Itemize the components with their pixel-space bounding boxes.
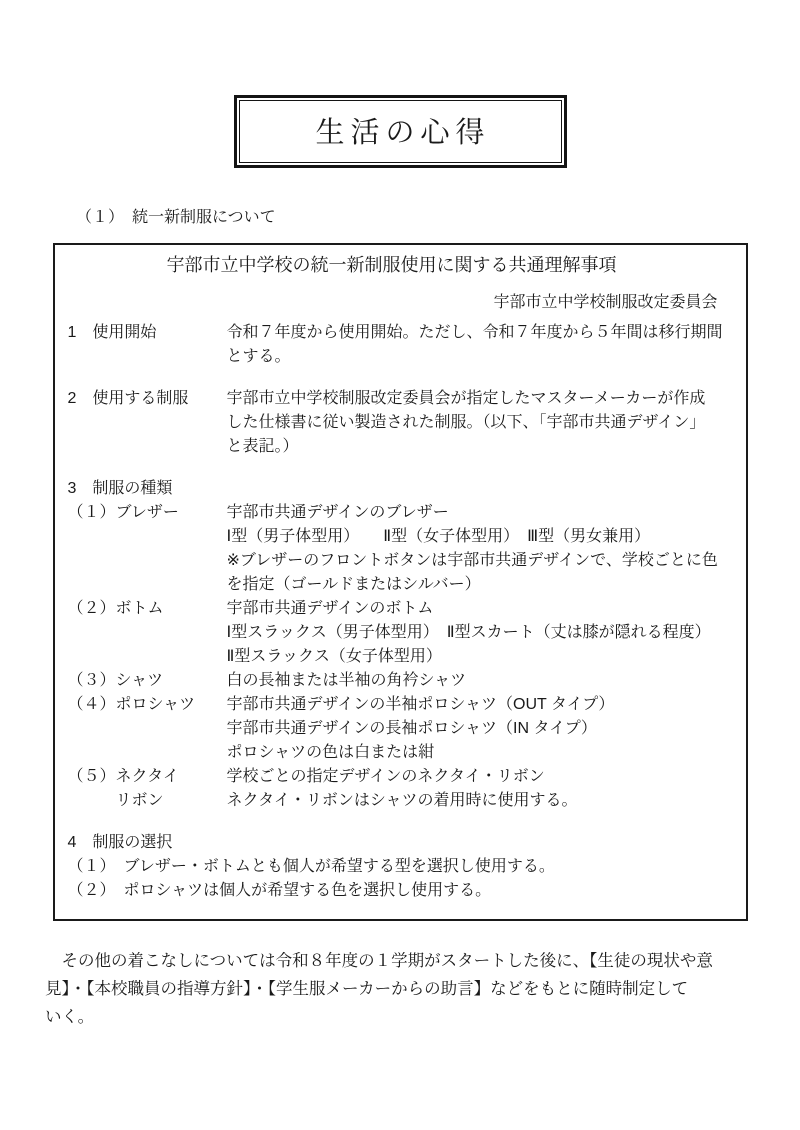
description-line: 白の長袖または半袖の角衿シャツ — [227, 669, 746, 693]
description-line: を指定（ゴールドまたはシルバー） — [227, 573, 746, 597]
label-line: （３）シャツ — [68, 669, 227, 693]
document-page: 生活の心得 （１） 統一新制服について 宇部市立中学校の統一新制服使用に関する共… — [0, 0, 800, 1130]
description-line: ポロシャツの色は白または紺 — [227, 741, 746, 765]
label-line: （５）ネクタイ — [68, 765, 227, 789]
closing-line: その他の着こなしについては令和８年度の１学期がスタートした後に、【生徒の現状や意 — [45, 947, 756, 975]
description-line: した仕様書に従い製造された制服。（以下、「宇部市共通デザイン」 — [227, 411, 746, 435]
description-line: 宇部市共通デザインの長袖ポロシャツ（IN タイプ） — [227, 717, 746, 741]
item-label: 1 使用開始 — [68, 321, 227, 369]
description-line: 宇部市共通デザインのボトム — [227, 597, 746, 621]
item-description: 学校ごとの指定デザインのネクタイ・リボンネクタイ・リボンはシャツの着用時に使用す… — [227, 765, 746, 813]
label-line: 2 使用する制服 — [68, 387, 227, 411]
item-label: （１）ブレザー — [68, 501, 227, 597]
label-line: （４）ポロシャツ — [68, 693, 227, 717]
description-line: 令和７年度から使用開始。ただし、令和７年度から５年間は移行期間 — [227, 321, 746, 345]
agreement-fullwidth-row: 3 制服の種類 — [68, 477, 746, 501]
item-description: 宇部市共通デザインのボトムⅠ型スラックス（男子体型用） Ⅱ型スカート（丈は膝が隠… — [227, 597, 746, 669]
title-banner: 生活の心得 — [234, 95, 567, 168]
label-line: リボン — [68, 789, 227, 813]
agreement-item-row: （５）ネクタイ リボン学校ごとの指定デザインのネクタイ・リボンネクタイ・リボンは… — [68, 765, 746, 813]
agreement-item-row: （３）シャツ白の長袖または半袖の角衿シャツ — [68, 669, 746, 693]
agreement-fullwidth-row: （１） ブレザー・ボトムとも個人が希望する型を選択し使用する。 — [68, 855, 746, 879]
item-description: 宇部市共通デザインの半袖ポロシャツ（OUT タイプ）宇部市共通デザインの長袖ポロ… — [227, 693, 746, 765]
agreement-item-row: （１）ブレザー宇部市共通デザインのブレザーⅠ型（男子体型用） Ⅱ型（女子体型用）… — [68, 501, 746, 597]
item-label: 2 使用する制服 — [68, 387, 227, 459]
label-line: （１）ブレザー — [68, 501, 227, 525]
item-description: 宇部市立中学校制服改定委員会が指定したマスターメーカーが作成した仕様書に従い製造… — [227, 387, 746, 459]
row-spacer — [68, 459, 746, 477]
closing-line: いく。 — [45, 1003, 756, 1031]
committee-byline: 宇部市立中学校制服改定委員会 — [68, 291, 746, 315]
agreement-fullwidth-row: 4 制服の選択 — [68, 831, 746, 855]
item-label: （５）ネクタイ リボン — [68, 765, 227, 813]
label-line: （２）ボトム — [68, 597, 227, 621]
agreement-fullwidth-row: （２） ポロシャツは個人が希望する色を選択し使用する。 — [68, 879, 746, 903]
agreement-item-row: （２）ボトム宇部市共通デザインのボトムⅠ型スラックス（男子体型用） Ⅱ型スカート… — [68, 597, 746, 669]
item-description: 令和７年度から使用開始。ただし、令和７年度から５年間は移行期間とする。 — [227, 321, 746, 369]
description-line: 宇部市共通デザインのブレザー — [227, 501, 746, 525]
description-line: ネクタイ・リボンはシャツの着用時に使用する。 — [227, 789, 746, 813]
description-line: Ⅰ型スラックス（男子体型用） Ⅱ型スカート（丈は膝が隠れる程度） — [227, 621, 746, 645]
description-line: Ⅱ型スラックス（女子体型用） — [227, 645, 746, 669]
label-line: 1 使用開始 — [68, 321, 227, 345]
item-description: 宇部市共通デザインのブレザーⅠ型（男子体型用） Ⅱ型（女子体型用） Ⅲ型（男女兼… — [227, 501, 746, 597]
agreement-rows: 1 使用開始令和７年度から使用開始。ただし、令和７年度から５年間は移行期間とする… — [68, 321, 746, 903]
item-label: （４）ポロシャツ — [68, 693, 227, 765]
description-line: ※ブレザーのフロントボタンは宇部市共通デザインで、学校ごとに色 — [227, 549, 746, 573]
row-spacer — [68, 369, 746, 387]
description-line: 宇部市立中学校制服改定委員会が指定したマスターメーカーが作成 — [227, 387, 746, 411]
agreement-item-row: 2 使用する制服宇部市立中学校制服改定委員会が指定したマスターメーカーが作成した… — [68, 387, 746, 459]
page-title: 生活の心得 — [239, 100, 562, 163]
closing-line: 見】・【本校職員の指導方針】・【学生服メーカーからの助言】などをもとに随時制定し… — [45, 975, 756, 1003]
item-label: （３）シャツ — [68, 669, 227, 693]
agreement-title: 宇部市立中学校の統一新制服使用に関する共通理解事項 — [68, 253, 746, 277]
item-label: （２）ボトム — [68, 597, 227, 669]
description-line: とする。 — [227, 345, 746, 369]
agreement-item-row: 1 使用開始令和７年度から使用開始。ただし、令和７年度から５年間は移行期間とする… — [68, 321, 746, 369]
agreement-box: 宇部市立中学校の統一新制服使用に関する共通理解事項 宇部市立中学校制服改定委員会… — [53, 243, 748, 921]
agreement-item-row: （４）ポロシャツ宇部市共通デザインの半袖ポロシャツ（OUT タイプ）宇部市共通デ… — [68, 693, 746, 765]
closing-paragraph: その他の着こなしについては令和８年度の１学期がスタートした後に、【生徒の現状や意… — [45, 947, 756, 1031]
item-description: 白の長袖または半袖の角衿シャツ — [227, 669, 746, 693]
description-line: と表記。） — [227, 435, 746, 459]
description-line: 学校ごとの指定デザインのネクタイ・リボン — [227, 765, 746, 789]
row-spacer — [68, 813, 746, 831]
description-line: 宇部市共通デザインの半袖ポロシャツ（OUT タイプ） — [227, 693, 746, 717]
section-heading: （１） 統一新制服について — [76, 204, 800, 227]
description-line: Ⅰ型（男子体型用） Ⅱ型（女子体型用） Ⅲ型（男女兼用） — [227, 525, 746, 549]
